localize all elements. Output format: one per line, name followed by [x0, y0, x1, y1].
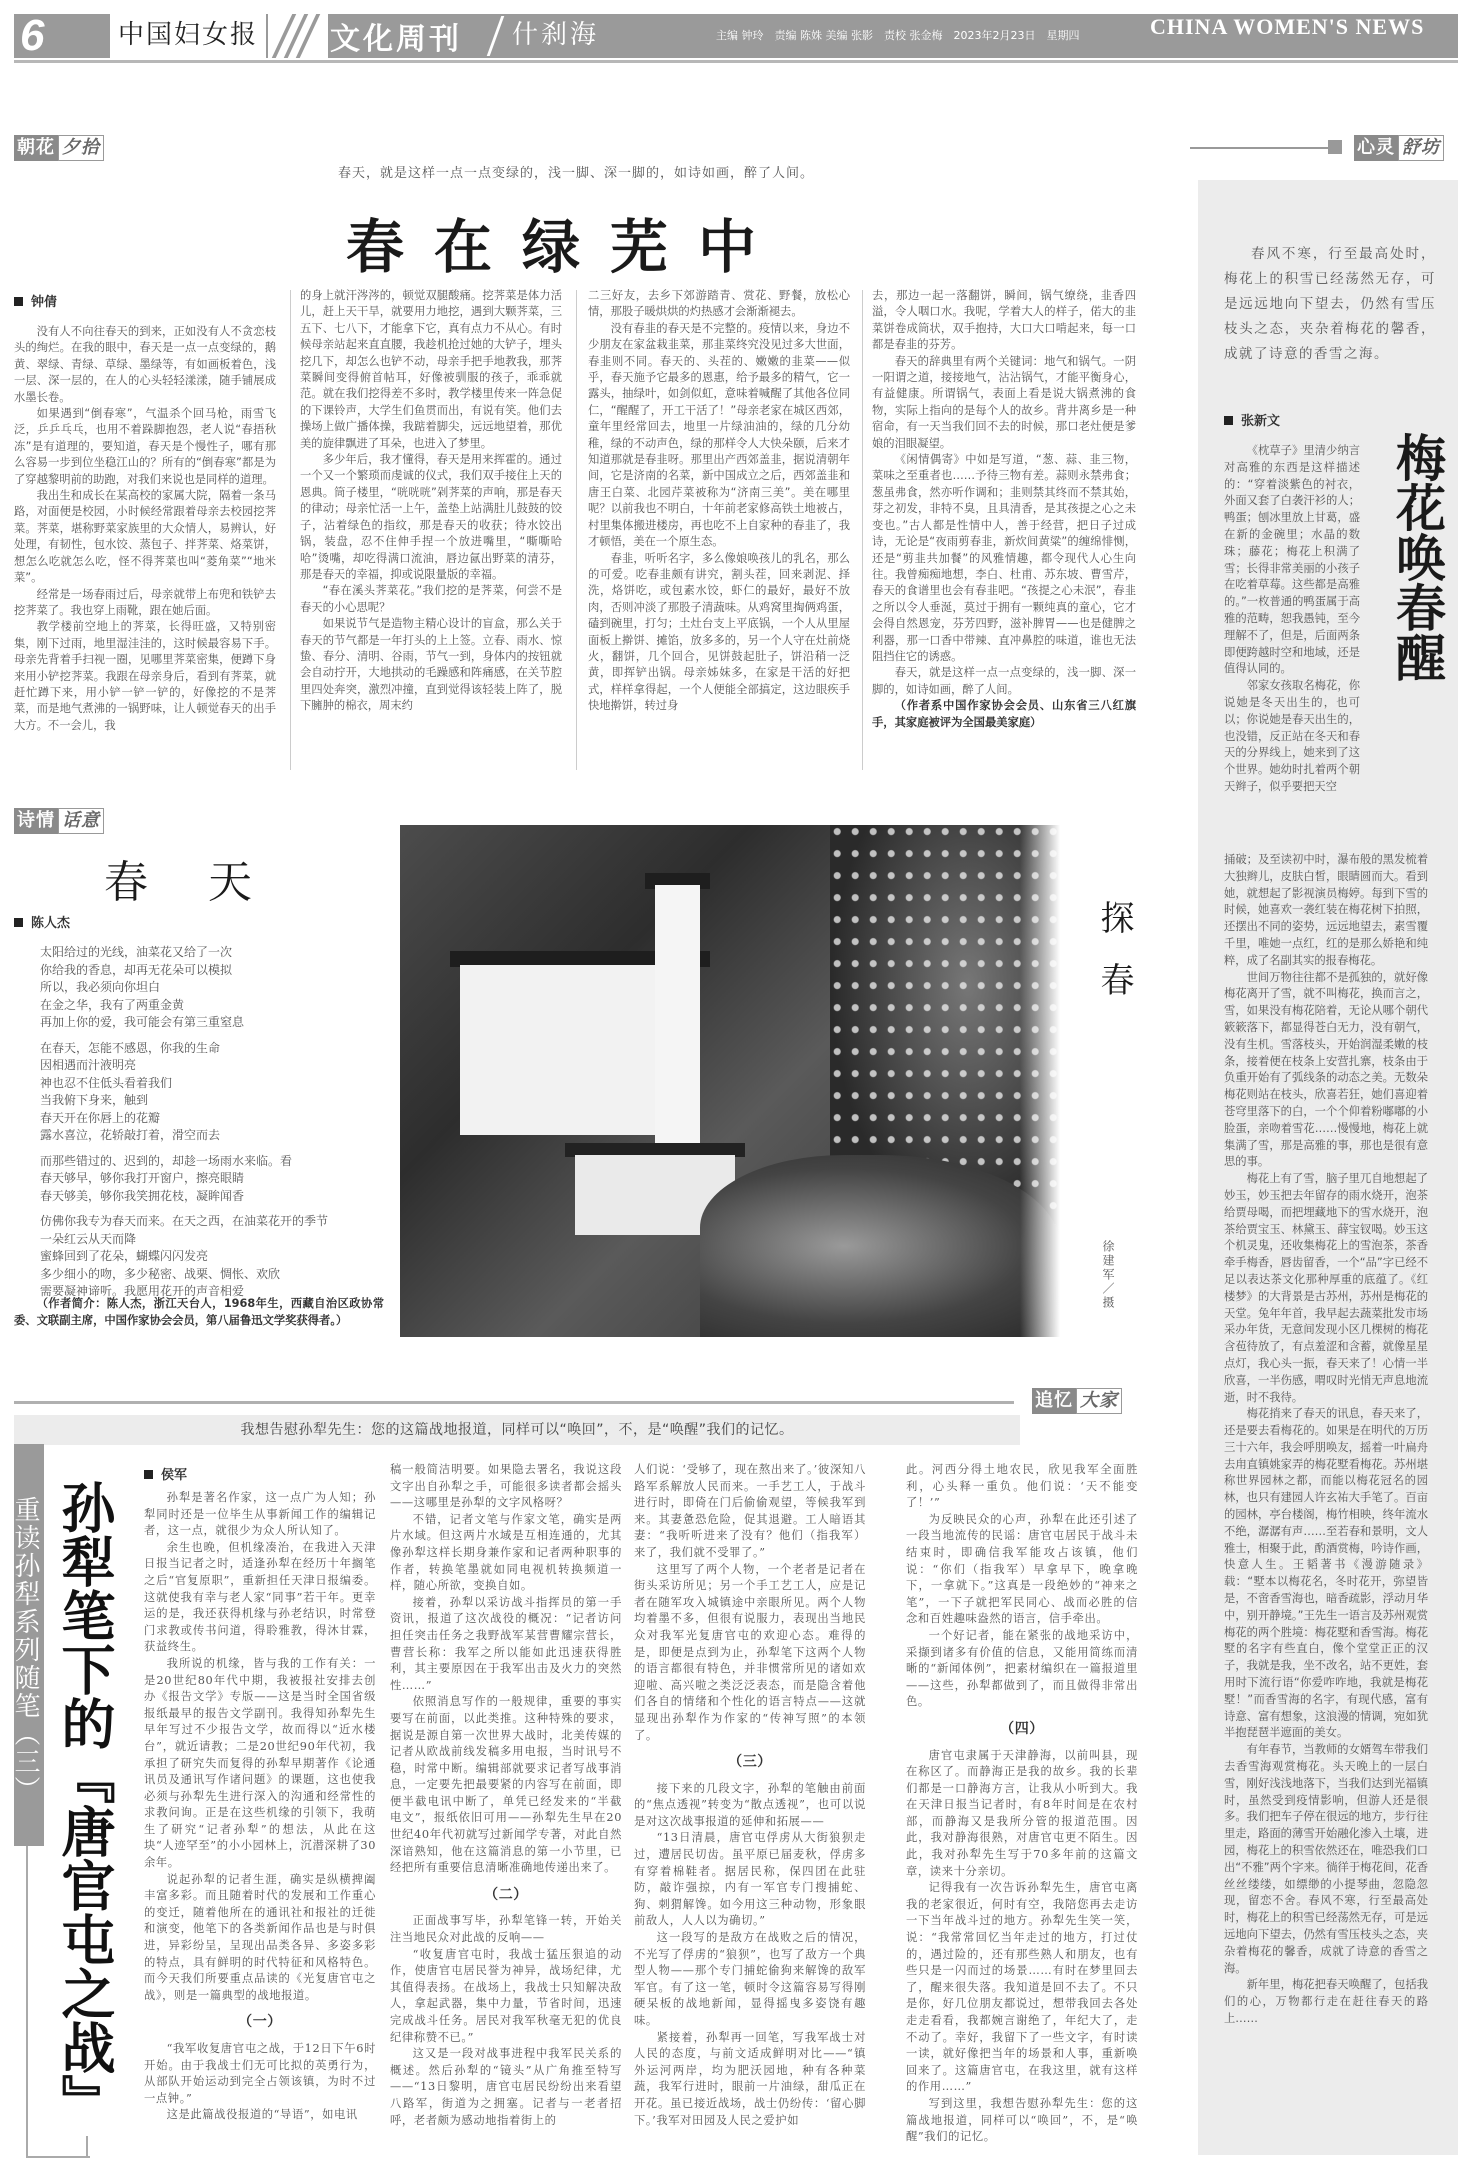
section-number: （四）	[906, 1721, 1138, 1738]
paragraph: 我所说的机缘，皆与我的工作有关：一是20世纪80年代中期，我被报社安排去创办《报…	[144, 1656, 376, 1872]
author-note: （作者系中国作家协会会员、山东省三八红旗手，其家庭被评为全国最美家庭）	[872, 698, 1136, 731]
paragraph: “收复唐官屯时，我战士猛压狠追的动作，使唐官屯居民誉为神异，战场纪律，尤其值得表…	[390, 1947, 622, 2047]
column-tag-part: 追忆	[1032, 1388, 1076, 1414]
paragraph: 多少年后，我才懂得，春天是用来挥霍的。通过一个又一个繁琐而虔诚的仪式，我们双手接…	[300, 452, 562, 583]
poem-line: 春天开在你唇上的花瓣	[40, 1110, 390, 1128]
paragraph: 稿一般简洁明要。如果隐去署名，我说这段文字出自孙犁之手，可能很多读者都会摇头——…	[390, 1462, 622, 1512]
column-tag-zhaohuaxishi: 朝花 夕拾	[14, 135, 104, 161]
paragraph: 没有人不向往春天的到来，正如没有人不贪恋枝头的绚烂。在我的眼中，春天是一点一点变…	[14, 324, 276, 406]
poem-byline: 陈人杰	[14, 912, 70, 931]
poem-line: 一朵红云从天而降	[40, 1231, 390, 1249]
article3-column-4: 此。河西分得土地农民，欣见我军全面胜利，心头释一重负。他们说：‘天不能变了！’”…	[906, 1462, 1138, 2146]
paragraph: 余生也晚，但机缘凑治，在我进入天津日报当记者之时，适逢孙犁在经历十年搁笔之后“官…	[144, 1540, 376, 1656]
poem-line: 所以，我必须向你坦白	[40, 979, 390, 997]
column-tag-part: 话意	[58, 808, 104, 834]
article2-narrow-text: 《枕草子》里清少纳言对高雅的东西是这样描述的：“穿着淡紫色的衬衣，外面又套了白袭…	[1224, 443, 1360, 796]
section-number: （二）	[390, 1887, 622, 1904]
section-rule	[14, 1401, 1014, 1404]
poem-line: 太阳给过的光线，油菜花又给了一次	[40, 944, 390, 962]
column-tag-part: 夕拾	[58, 135, 104, 161]
column-rule	[576, 290, 577, 770]
paragraph: 依照消息写作的一般规律，重要的事实要写在前面，以此类推。这种特殊的要求，据说是源…	[390, 1694, 622, 1877]
article1-subhead: 春天，就是这样一点一点变绿的，浅一脚、深一脚的，如诗如画，醉了人间。	[338, 162, 814, 181]
poem-line: 在春天，怎能不感恩，你我的生命	[40, 1040, 390, 1058]
square-bullet-icon	[1328, 140, 1342, 154]
paragraph: 接下来的几段文字，孙犁的笔触由前面的“焦点透视”转变为“散点透视”，也可以说是对…	[634, 1781, 866, 1831]
column-rule	[290, 290, 291, 770]
column-tag-xinlingshufang: 心灵 舒坊	[1354, 135, 1444, 161]
paragraph: 我出生和成长在某高校的家属大院，隔着一条马路，对面便是校园，小时候经常跟着母亲去…	[14, 488, 276, 586]
section-number: （一）	[144, 2014, 376, 2031]
paper-logo-en: CHINA WOMEN'S NEWS	[1150, 14, 1424, 58]
poem-line: 因相遇而汁液明亮	[40, 1057, 390, 1075]
photo-fade	[1020, 825, 1060, 1337]
article2-byline: 张新文	[1224, 410, 1280, 429]
article3-column-2: 稿一般简洁明要。如果隐去署名，我说这段文字出自孙犁之手，可能很多读者都会摇头——…	[390, 1462, 622, 2129]
paragraph: 这里写了两个人物，一个老者是记者在街头采访所见；另一个手工艺工人，应是记者在随军…	[634, 1562, 866, 1745]
column-tag-part: 心灵	[1354, 135, 1398, 161]
paragraph: 捅破；及至读初中时，瀑布般的黑发梳着大独辫儿，皮肤白皙，眼睛圆而大。看到她，就想…	[1224, 852, 1428, 970]
paragraph: 世间万物往往都不是孤独的，就好像梅花离开了雪，就不叫梅花，换而言之，雪，如果没有…	[1224, 970, 1428, 1172]
paragraph: 梅花捎来了春天的讯息，春天来了，还是要去看梅花的。如果是在明代的万历三十六年，我…	[1224, 1406, 1428, 1742]
paragraph: 正面战事写毕，孙犁笔锋一转，开始关注当地民众对此战的反响——	[390, 1913, 622, 1946]
paragraph: 有年春节，当教师的女婿驾车带我们去香雪海观赏梅花。头天晚上的一层白雪，刚好浅浅地…	[1224, 1742, 1428, 1977]
article1-column-2: 的身上就汗涔涔的，顿觉双腿酸痛。挖荠菜是体力活儿，赶上天干旱，就要用力地挖，遇到…	[300, 288, 562, 715]
column-rule	[862, 290, 863, 770]
paragraph: 的身上就汗涔涔的，顿觉双腿酸痛。挖荠菜是体力活儿，赶上天干旱，就要用力地挖，遇到…	[300, 288, 562, 452]
paragraph: 为反映民众的心声，孙犁在此还引述了一段当地流传的民谣：唐官屯居民于战斗未结束时，…	[906, 1512, 1138, 1628]
right-header-rule	[1190, 147, 1330, 149]
poem-line: 神也忍不住低头看着我们	[40, 1075, 390, 1093]
article3-byline: 侯军	[144, 1464, 187, 1483]
paragraph: 春天，就是这样一点一点变绿的，浅一脚、深一脚的，如诗如画，醉了人间。	[872, 665, 1136, 698]
masthead-underline	[14, 60, 1458, 63]
section-subtitle: 什刹海	[512, 14, 599, 58]
paragraph: 没有春韭的春天是不完整的。疫情以来，身边不少朋友在家盆栽韭菜，那韭菜终究没见过多…	[588, 321, 850, 551]
paragraph: 教学楼前空地上的荠菜，长得旺盛，又特别密集，刚下过雨，地里湿洼洼的，这时候最容易…	[14, 619, 276, 734]
column-tag-part: 大家	[1076, 1388, 1122, 1414]
column-tag-part: 朝花	[14, 135, 58, 161]
article3-column-3: 人们说：‘受够了，现在熬出来了。’彼深知八路军系解放人民而来。一手艺工人，于战斗…	[634, 1462, 866, 2129]
poem-line: 仿佛你我专为春天而来。在天之西，在油菜花开的季节	[40, 1213, 390, 1231]
poem-line: 蜜蜂回到了花朵，蝴蝶闪闪发亮	[40, 1248, 390, 1266]
series-label: 重读孙犁系列随笔（三）	[14, 1444, 44, 1846]
article3-title: 孙犁笔下的『唐官屯之战』	[52, 1480, 118, 2128]
article1-column-1: 没有人不向往春天的到来，正如没有人不贪恋枝头的绚烂。在我的眼中，春天是一点一点变…	[14, 324, 276, 734]
editor-credits: 主编 钟玲 责编 陈姝 美编 张影 责校 张金梅 2023年2月23日 星期四	[716, 14, 1079, 58]
paragraph: “13日清晨，唐官屯俘虏从大街狼狈走过，遭居民切齿。虽平原已届麦秋，俘虏多有穿着…	[634, 1830, 866, 1930]
paragraph: 唐官屯隶属于天津静海，以前叫县，现在称区了。而静海正是我的故乡。我的长辈们都是一…	[906, 1748, 1138, 1881]
poem-line: 你给我的香息，却再无花朵可以模拟	[40, 962, 390, 980]
paragraph: “春在溪头荠菜花。”我们挖的是荠菜，何尝不是春天的小心思呢？	[300, 583, 562, 616]
photo-credit: 徐建军／摄	[1100, 1240, 1117, 1310]
poem-stanza: 而那些错过的、迟到的，却趁一场雨水来临。看 春天够早，够你我打开窗户，擦亮眼睛 …	[40, 1153, 390, 1206]
paragraph: 人们说：‘受够了，现在熬出来了。’彼深知八路军系解放人民而来。一手艺工人，于战斗…	[634, 1462, 866, 1562]
paragraph: 《枕草子》里清少纳言对高雅的东西是这样描述的：“穿着淡紫色的衬衣，外面又套了白袭…	[1224, 443, 1360, 678]
section-number: （三）	[634, 1754, 866, 1771]
paragraph: 邻家女孩取名梅花，你说她是冬天出生的，也可以；你说她是春天出生的，也没错，反正站…	[1224, 678, 1360, 796]
poem-line: 露水喜泣，花轿敲打着，滑空而去	[40, 1127, 390, 1145]
photo-rockery	[700, 1155, 1060, 1337]
poem-line: 春天够美，够你我笑拥花枝，凝眸闻香	[40, 1188, 390, 1206]
slash-divider-icon	[268, 14, 328, 58]
article1-byline: 钟倩	[14, 291, 57, 310]
article2-lead: 春风不寒，行至最高处时，梅花上的积雪已经荡然无存，可是远远地向下望去，仍然有雪压…	[1224, 242, 1436, 367]
column-tag-zhuiyidajia: 追忆 大家	[1032, 1388, 1122, 1414]
poem-title: 春天	[104, 846, 312, 910]
column-tag-shiqinghuayi: 诗情 话意	[14, 808, 104, 834]
paragraph: 如果遇到“倒春寒”，气温杀个回马枪，雨雪飞泛，乒乒乓乓，也用不着跺脚抱怨，老人说…	[14, 406, 276, 488]
article3-pull-quote: 我想告慰孙犁先生：您的这篇战地报道，同样可以“唤回”，不，是“唤醒”我们的记忆。	[14, 1415, 1020, 1445]
page-number: 6	[20, 12, 72, 60]
poem-stanza: 太阳给过的光线，油菜花又给了一次 你给我的香息，却再无花朵可以模拟 所以，我必须…	[40, 944, 390, 1032]
photo-caption: 探春	[1090, 900, 1139, 1024]
poem-line: 当我俯下身来，触到	[40, 1092, 390, 1110]
paragraph: 记得我有一次告诉孙犁先生，唐官屯离我的老家很近，何时有空，我陪您再去走访一下当年…	[906, 1880, 1138, 2096]
paragraph: 春天的辞典里有两个关键词：地气和锅气。一阴一阳谓之道，接接地气，沾沾锅气，才能平…	[872, 354, 1136, 452]
column-tag-part: 舒坊	[1398, 135, 1444, 161]
photo-spring-garden	[400, 825, 1060, 1337]
paragraph: 这是此篇战役报道的“导语”，如电讯	[144, 2107, 376, 2124]
paragraph: 《闲情偶寄》中如是写道，“葱、蒜、韭三物，菜味之至重者也……予待三物有差。蒜则永…	[872, 452, 1136, 665]
paragraph: 这一段写的是敌方在战败之后的情况，不光写了俘虏的“狼狈”，也写了敌方一个典型人物…	[634, 1930, 866, 2030]
paragraph: 经常是一场春雨过后，母亲就带上布兜和铁铲去挖荠菜了。我也穿上雨靴，跟在她后面。	[14, 587, 276, 620]
paragraph: 春韭，听听名字，多么像娘唤孩儿的乳名，那么的可爱。吃春韭颇有讲究，割头茬，回来剥…	[588, 551, 850, 715]
article3-column-1: 孙犁是著名作家，这一点广为人知；孙犁同时还是一位毕生从事新闻工作的编辑记者，这一…	[144, 1490, 376, 2124]
section-title: 文化周刊	[330, 14, 462, 58]
poem-line: 春天够早，够你我打开窗户，擦亮眼睛	[40, 1170, 390, 1188]
article1-column-3: 二三好友，去乡下郊游踏青、赏花、野餐，放松心情，那股子暖烘烘的灼热感才会渐渐褪去…	[588, 288, 850, 715]
paragraph: 这又是一段对战事进程中我军民关系的概述。然后孙犁的“镜头”从广角推至特写——“1…	[390, 2046, 622, 2129]
paragraph: 此。河西分得土地农民，欣见我军全面胜利，心头释一重负。他们说：‘天不能变了！’”	[906, 1462, 1138, 1512]
poem-line: 而那些错过的、迟到的，却趁一场雨水来临。看	[40, 1153, 390, 1171]
poem-line: 多少细小的吻，多少秘密、战栗、惆怅、欢欣	[40, 1266, 390, 1284]
article2-wide-text: 捅破；及至读初中时，瀑布般的黑发梳着大独辫儿，皮肤白皙，眼睛圆而大。看到她，就想…	[1224, 852, 1428, 2028]
poem-author-note: （作者简介：陈人杰，浙江天台人，1968年生，西藏自治区政协常委、文联副主席，中…	[14, 1295, 384, 1329]
paragraph: “我军收复唐官屯之战，于12日下午6时开始。由于我战士们无可比拟的英勇行为，从部…	[144, 2041, 376, 2107]
paragraph: 写到这里，我想告慰孙犁先生：您的这篇战地报道，同样可以“唤回”，不，是“唤醒”我…	[906, 2096, 1138, 2146]
paragraph: 一个好记者，能在紧张的战地采访中，采撷到诸多有价值的信息，又能用简练而清晰的“新…	[906, 1628, 1138, 1711]
paragraph: 说起孙犁的记者生涯，确实是纵横捭阖丰富多彩。而且随着时代的发展和工作重心的变迁，…	[144, 1872, 376, 2005]
paragraph: 紧接着，孙犁再一回笔，写我军战士对人民的态度，与前文适成鲜明对比——“镇外运河两…	[634, 2030, 866, 2130]
column-tag-part: 诗情	[14, 808, 58, 834]
paragraph: 去，那边一起一落翻饼，瞬间，锅气缭绕，韭香四溢，令人咽口水。我呢，学着大人的样子…	[872, 288, 1136, 354]
paragraph: 梅花上有了雪，脑子里兀自地想起了妙玉，妙玉把去年留存的雨水烧开，泡茶给贾母喝，而…	[1224, 1171, 1428, 1406]
article1-column-4: 去，那边一起一落翻饼，瞬间，锅气缭绕，韭香四溢，令人咽口水。我呢，学着大人的样子…	[872, 288, 1136, 731]
paragraph: 如果说节气是造物主精心设计的盲盒，那么关于春天的节气都是一年打头的上上签。立春、…	[300, 616, 562, 714]
poem-stanza: 仿佛你我专为春天而来。在天之西，在油菜花开的季节 一朵红云从天而降 蜜蜂回到了花…	[40, 1213, 390, 1301]
paragraph: 新年里，梅花把春天唤醒了，包括我们的心，万物都行走在赶往春天的路上……	[1224, 1977, 1428, 2027]
poem-stanza: 在春天，怎能不感恩，你我的生命 因相遇而汁液明亮 神也忍不住低头看着我们 当我俯…	[40, 1040, 390, 1145]
poem-line: 在金之华，我有了两重金黄	[40, 997, 390, 1015]
article2-title: 梅花唤春醒	[1384, 432, 1450, 682]
article1-title: 春在绿芜中	[346, 200, 786, 284]
paragraph: 不错，记者文笔与作家文笔，确实是两片水域。但这两片水域是互相连通的，尤其像孙犁这…	[390, 1512, 622, 1595]
poem-line: 再加上你的爱，我可能会有第三重窒息	[40, 1014, 390, 1032]
paper-logo-cn: 中国妇女报	[110, 14, 266, 58]
paragraph: 孙犁是著名作家，这一点广为人知；孙犁同时还是一位毕生从事新闻工作的编辑记者，这一…	[144, 1490, 376, 1540]
title-bracket-line	[86, 2136, 88, 2158]
paragraph: 接着，孙犁以采访战斗指挥员的第一手资讯，报道了这次战役的概况：“记者访问担任突击…	[390, 1595, 622, 1695]
poem-body: 太阳给过的光线，油菜花又给了一次 你给我的香息，却再无花朵可以模拟 所以，我必须…	[40, 944, 390, 1309]
paragraph: 二三好友，去乡下郊游踏青、赏花、野餐，放松心情，那股子暖烘烘的灼热感才会渐渐褪去…	[588, 288, 850, 321]
photo-pillar	[655, 885, 700, 1155]
